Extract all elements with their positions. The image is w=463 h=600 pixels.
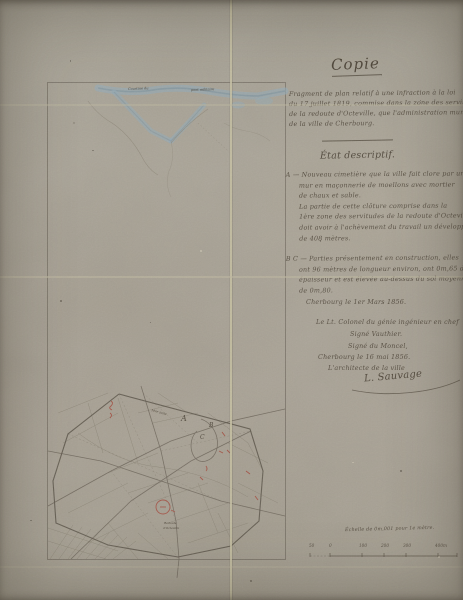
intro-paragraph: Fragment de plan relatif à une infractio… <box>289 87 463 129</box>
paper-speck <box>30 520 32 521</box>
map-frame: Courtine du pont militaire <box>47 82 286 560</box>
date-line-2: Cherbourg le 16 mai 1856. <box>318 353 410 361</box>
paper-speck <box>320 240 321 242</box>
section-bc-paragraph: B C — Parties présentement en constructi… <box>286 252 463 296</box>
top-map-label-courtine: Courtine du <box>128 86 149 91</box>
section-bc-line: de 0m,80. <box>286 284 463 296</box>
redoute-label-2: d'Octeville <box>163 526 179 530</box>
horizontal-fold-line <box>0 276 463 278</box>
paper-speck <box>400 470 402 472</box>
page-title: Copie <box>331 54 380 74</box>
zone-label: 1ère zone <box>151 408 167 416</box>
signed-line-1: Signé Vauthier. <box>350 330 402 338</box>
intro-line: de la ville de Cherbourg. <box>289 117 463 129</box>
redoute-label-1: Redoute <box>163 521 177 525</box>
paper-speck <box>70 60 71 62</box>
section-a-line: mur en maçonnerie de moellons avec morti… <box>286 179 463 191</box>
section-a-paragraph: A — Nouveau cimetière que la ville fait … <box>286 168 463 244</box>
top-map-label-pont: pont militaire <box>191 87 215 92</box>
top-map-pencil-coastline <box>73 101 270 197</box>
paper-speck <box>92 150 94 151</box>
section-a-line: doit avoir à l'achèvement du travail un … <box>286 221 463 233</box>
map-letter-c: C <box>200 434 205 441</box>
paper-speck <box>420 100 421 101</box>
intro-line: de la redoute d'Octeville, que l'adminis… <box>289 107 463 119</box>
date-line-1: Cherbourg le 1er Mars 1856. <box>306 298 406 306</box>
section-a-line: de 408 mètres. <box>286 232 463 244</box>
signature-flourish <box>340 378 463 400</box>
paper-speck <box>60 300 62 302</box>
title-underline <box>332 74 382 77</box>
map-letter-b: B <box>208 422 214 429</box>
document-page: Courtine du pont militaire <box>0 0 463 600</box>
paper-speck <box>438 556 440 558</box>
map-letter-a: A <box>180 414 187 423</box>
etat-descriptif-heading: État descriptif. <box>320 149 395 161</box>
signed-line-2: Signé du Moncel, <box>348 342 408 350</box>
bottom-map-roads <box>48 386 285 578</box>
section-a-line: A — Nouveau cimetière que la ville fait … <box>286 168 463 180</box>
top-map-watercolor <box>98 88 285 141</box>
paper-speck <box>150 322 151 323</box>
vertical-fold-line <box>230 0 232 600</box>
map-drawing: Courtine du pont militaire <box>48 83 285 559</box>
paper-speck <box>250 580 252 582</box>
section-bc-line: B C — Parties présentement en constructi… <box>286 252 463 264</box>
paper-speck <box>200 250 202 252</box>
paper-speck <box>352 462 354 463</box>
horizontal-crease <box>0 566 463 568</box>
section-divider <box>322 139 393 142</box>
engineer-line: Le Lt. Colonel du génie ingénieur en che… <box>316 318 459 326</box>
horizontal-crease <box>0 104 463 106</box>
bottom-map-dashed-lines <box>68 393 251 559</box>
